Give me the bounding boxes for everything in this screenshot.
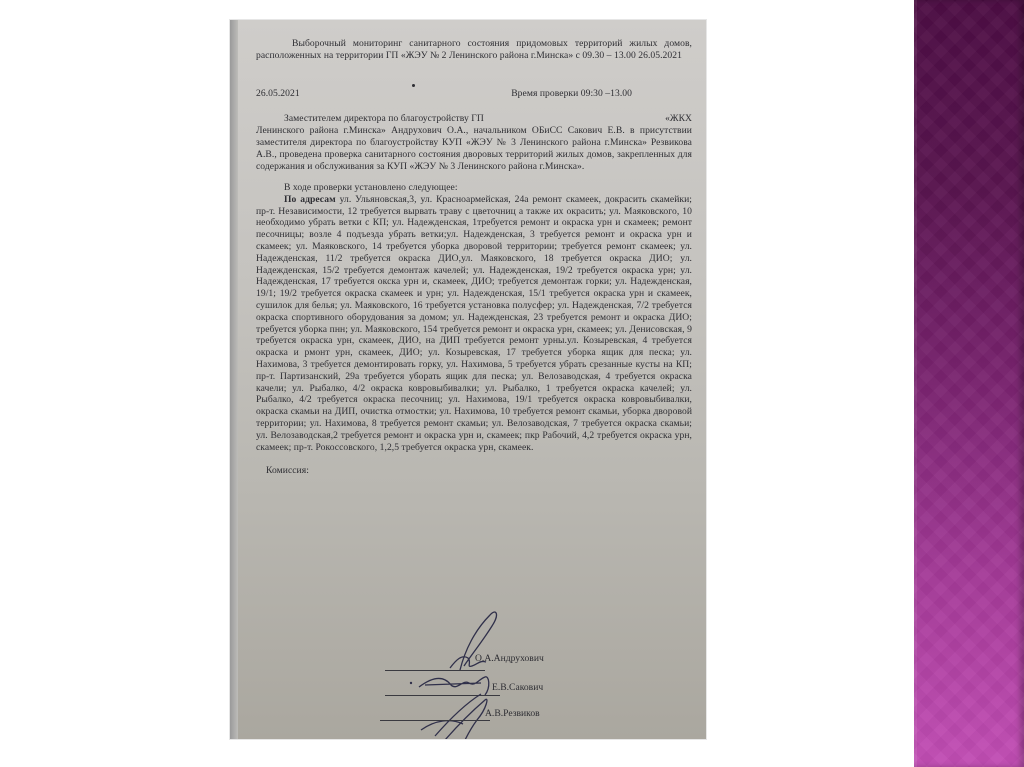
stray-mark bbox=[412, 84, 415, 87]
signature-line bbox=[385, 695, 500, 696]
signature-icon bbox=[420, 610, 510, 680]
findings-text: ул. Ульяновская,3, ул. Красноармейская, … bbox=[256, 194, 692, 453]
document-date: 26.05.2021 bbox=[256, 88, 300, 100]
signature-line bbox=[385, 670, 485, 671]
found-line: В ходе проверки установлено следующее: bbox=[256, 182, 692, 194]
signatory-name: О.А.Андрухович bbox=[475, 653, 544, 664]
check-time: Время проверки 09:30 –13.00 bbox=[511, 88, 632, 100]
signature-icon bbox=[415, 690, 505, 739]
intro-right-word: «ЖКХ bbox=[637, 113, 692, 125]
presentation-slide: Выборочный мониторинг санитарного состоя… bbox=[0, 0, 1024, 767]
findings-paragraph: По адресам ул. Ульяновская,3, ул. Красно… bbox=[256, 194, 692, 454]
document-body: Выборочный мониторинг санитарного состоя… bbox=[256, 38, 692, 477]
commission-label: Комиссия: bbox=[266, 465, 692, 477]
intro-rest: Ленинского района г.Минска» Андрухович О… bbox=[256, 125, 692, 171]
signature-icon bbox=[405, 665, 505, 705]
date-row: 26.05.2021 Время проверки 09:30 –13.00 bbox=[256, 88, 692, 100]
document-title: Выборочный мониторинг санитарного состоя… bbox=[256, 38, 692, 62]
signature-line bbox=[380, 720, 490, 721]
findings-label: По адресам bbox=[284, 194, 336, 205]
intro-paragraph: Заместителем директора по благоустройств… bbox=[256, 113, 692, 172]
accent-sidebar-decoration bbox=[914, 0, 1024, 767]
document-photo: Выборочный мониторинг санитарного состоя… bbox=[230, 20, 706, 739]
signatory-name: А.В.Резвиков bbox=[485, 708, 540, 719]
accent-pattern bbox=[914, 0, 1024, 767]
intro-start: Заместителем директора по благоустройств… bbox=[284, 113, 484, 124]
signatory-name: Е.В.Сакович bbox=[492, 682, 543, 693]
